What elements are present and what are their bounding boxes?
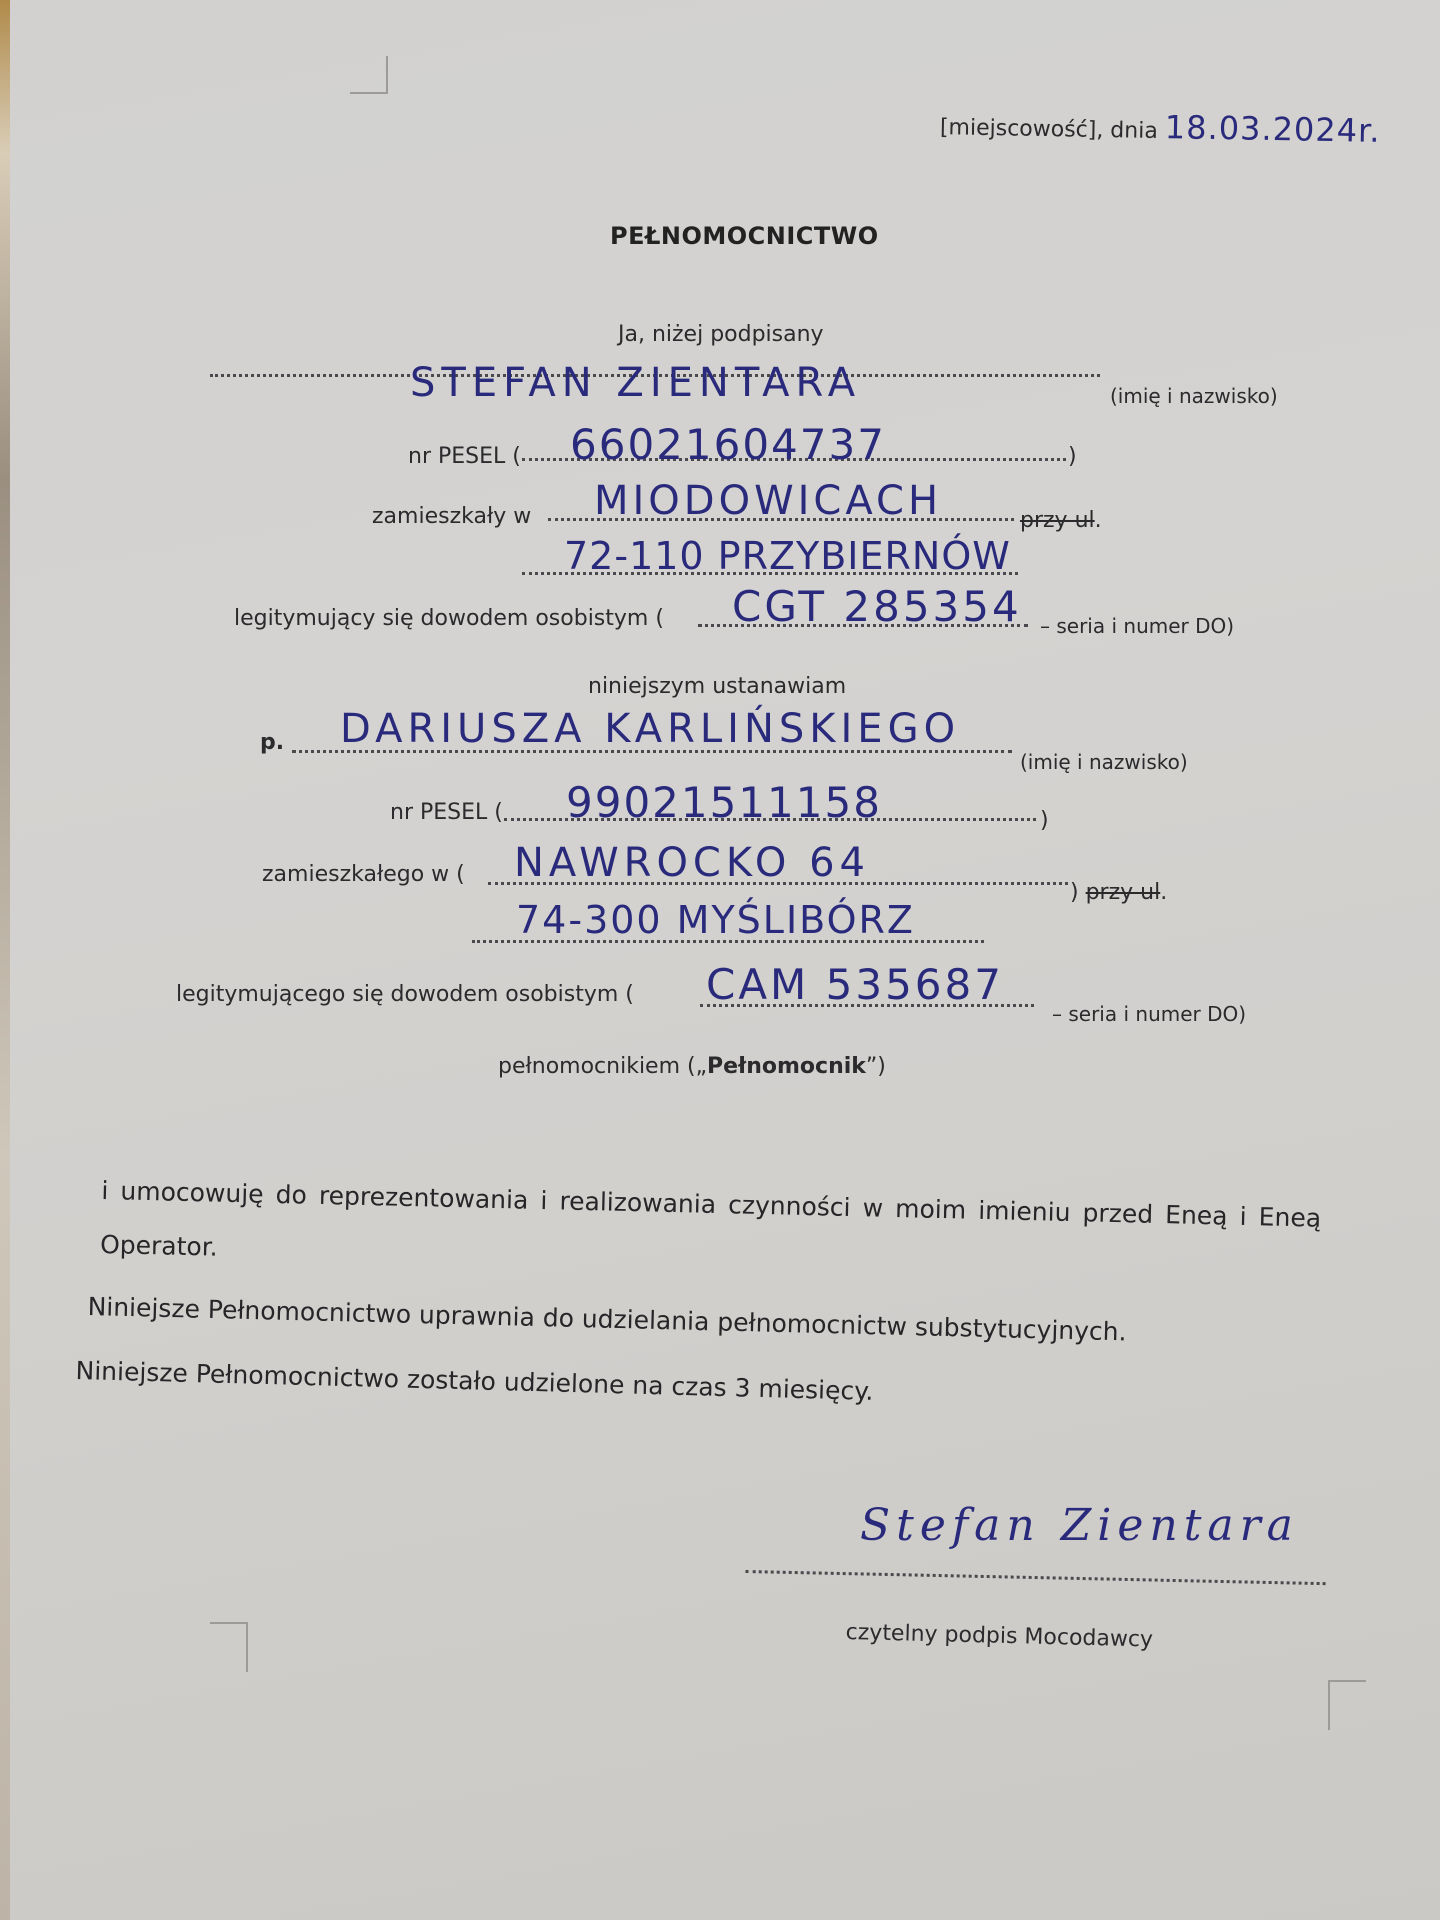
place-label: [miejscowość], dnia — [940, 115, 1158, 144]
paragraph-text: i umocowuję do reprezentowania i realizo… — [100, 1176, 1322, 1262]
agent-prefix: p. — [260, 730, 284, 755]
period: . — [1160, 880, 1167, 905]
principal-address-label: zamieszkały w — [372, 504, 531, 529]
paren: ) — [1070, 880, 1079, 905]
struck-text: przy ul — [1020, 508, 1095, 533]
principal-address-suffix: przy ul. — [1020, 508, 1102, 533]
struck-text: przy ul — [1086, 880, 1161, 905]
agent-pesel-close: ) — [1040, 808, 1049, 833]
principal-id-field[interactable]: CGT 285354 — [732, 582, 1022, 631]
agent-address-label: zamieszkałego w ( — [262, 862, 465, 887]
date-line: [miejscowość], dnia 18.03.2024r. — [940, 104, 1381, 150]
appoint-text: niniejszym ustanawiam — [588, 674, 846, 699]
signature-dots — [746, 1558, 1326, 1589]
paragraph-substitution: Niniejsze Pełnomocnictwo uprawnia do udz… — [87, 1292, 1127, 1346]
principal-address-line2-field[interactable]: 72-110 PRZYBIERNÓW — [564, 534, 1011, 578]
corner-mark-left — [210, 1622, 248, 1672]
principal-name-hint: (imię i nazwisko) — [1110, 384, 1278, 408]
agent-address-line2-field[interactable]: 74-300 MYŚLIBÓRZ — [516, 898, 915, 942]
dotted-line — [746, 1570, 1326, 1585]
intro-text: Ja, niżej podpisany — [618, 322, 824, 347]
paragraph-duration: Niniejsze Pełnomocnictwo zostało udzielo… — [75, 1356, 874, 1406]
role-suffix: ”) — [866, 1054, 886, 1079]
agent-pesel-field[interactable]: 99021511158 — [566, 778, 882, 827]
background-edge — [0, 0, 10, 1920]
principal-pesel-label: nr PESEL ( — [408, 444, 521, 469]
agent-name-hint: (imię i nazwisko) — [1020, 750, 1188, 774]
role-prefix: pełnomocnikiem („ — [498, 1054, 707, 1079]
agent-id-hint: – seria i numer DO) — [1052, 1002, 1246, 1026]
agent-id-field[interactable]: CAM 535687 — [706, 960, 1004, 1009]
signature-caption: czytelny podpis Mocodawcy — [845, 1620, 1153, 1653]
principal-pesel-close: ) — [1068, 444, 1077, 469]
signature-field[interactable]: Stefan Zientara — [860, 1500, 1299, 1551]
agent-pesel-label: nr PESEL ( — [390, 800, 503, 825]
principal-name-field[interactable]: STEFAN ZIENTARA — [410, 360, 861, 406]
document-title: PEŁNOMOCNICTWO — [610, 222, 879, 250]
role-bold: Pełnomocnik — [707, 1054, 866, 1079]
agent-address-line1-field[interactable]: NAWROCKO 64 — [514, 840, 870, 886]
principal-address-line1-field[interactable]: MIODOWICACH — [594, 478, 942, 524]
principal-pesel-field[interactable]: 66021604737 — [570, 420, 886, 469]
document-page: [miejscowość], dnia 18.03.2024r. PEŁNOMO… — [10, 0, 1440, 1920]
principal-id-hint: – seria i numer DO) — [1040, 614, 1234, 638]
agent-id-label: legitymującego się dowodem osobistym ( — [176, 982, 634, 1007]
agent-name-field[interactable]: DARIUSZA KARLIŃSKIEGO — [340, 706, 960, 752]
principal-id-label: legitymujący się dowodem osobistym ( — [234, 606, 664, 631]
corner-mark-top — [350, 56, 388, 94]
date-field[interactable]: 18.03.2024r. — [1165, 108, 1381, 150]
agent-role: pełnomocnikiem („Pełnomocnik”) — [498, 1054, 886, 1079]
paragraph-authorization: i umocowuję do reprezentowania i realizo… — [100, 1164, 1322, 1300]
corner-mark-right — [1328, 1680, 1366, 1730]
period: . — [1095, 508, 1102, 533]
agent-address-close: ) przy ul. — [1070, 880, 1167, 905]
